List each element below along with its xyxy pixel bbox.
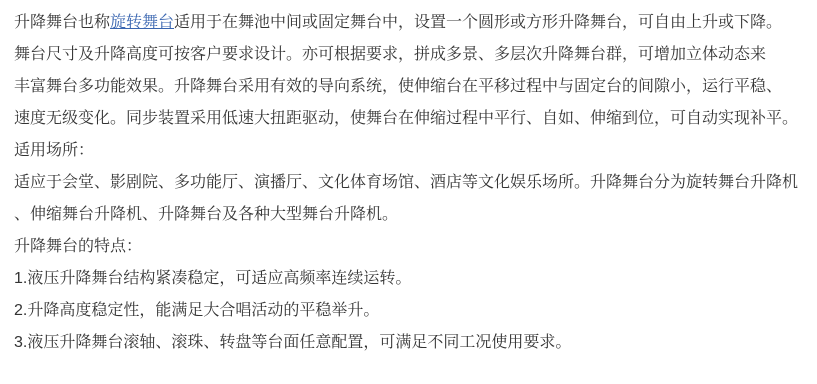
features-heading: 升降舞台的特点： xyxy=(14,231,803,263)
intro-text-before-link: 升降舞台也称 xyxy=(14,14,110,31)
venues-line-1: 适应于会堂、影剧院、多功能厅、演播厅、文化体育场馆、酒店等文化娱乐场所。升降舞台… xyxy=(14,167,803,199)
intro-line-3: 丰富舞台多功能效果。升降舞台采用有效的导向系统，使伸缩台在平移过程中与固定台的间… xyxy=(14,71,803,103)
article-body: 升降舞台也称旋转舞台适用于在舞池中间或固定舞台中，设置一个圆形或方形升降舞台，可… xyxy=(0,0,817,384)
intro-line-4: 速度无级变化。同步装置采用低速大扭距驱动，使舞台在伸缩过程中平行、自如、伸缩到位… xyxy=(14,103,803,135)
intro-line-2: 舞台尺寸及升降高度可按客户要求设计。亦可根据要求，拼成多景、多层次升降舞台群，可… xyxy=(14,39,803,71)
rotating-stage-link[interactable]: 旋转舞台 xyxy=(110,14,174,31)
intro-text-after-link: 适用于在舞池中间或固定舞台中，设置一个圆形或方形升降舞台，可自由上升或下降。 xyxy=(174,14,782,31)
venues-line-2: 、伸缩舞台升降机、升降舞台及各种大型舞台升降机。 xyxy=(14,199,803,231)
feature-item-1: 1.液压升降舞台结构紧凑稳定，可适应高频率连续运转。 xyxy=(14,263,803,295)
feature-item-3: 3.液压升降舞台滚轴、滚珠、转盘等台面任意配置，可满足不同工况使用要求。 xyxy=(14,327,803,359)
intro-line-1: 升降舞台也称旋转舞台适用于在舞池中间或固定舞台中，设置一个圆形或方形升降舞台，可… xyxy=(14,7,803,39)
venues-heading: 适用场所： xyxy=(14,135,803,167)
feature-item-2: 2.升降高度稳定性，能满足大合唱活动的平稳举升。 xyxy=(14,295,803,327)
